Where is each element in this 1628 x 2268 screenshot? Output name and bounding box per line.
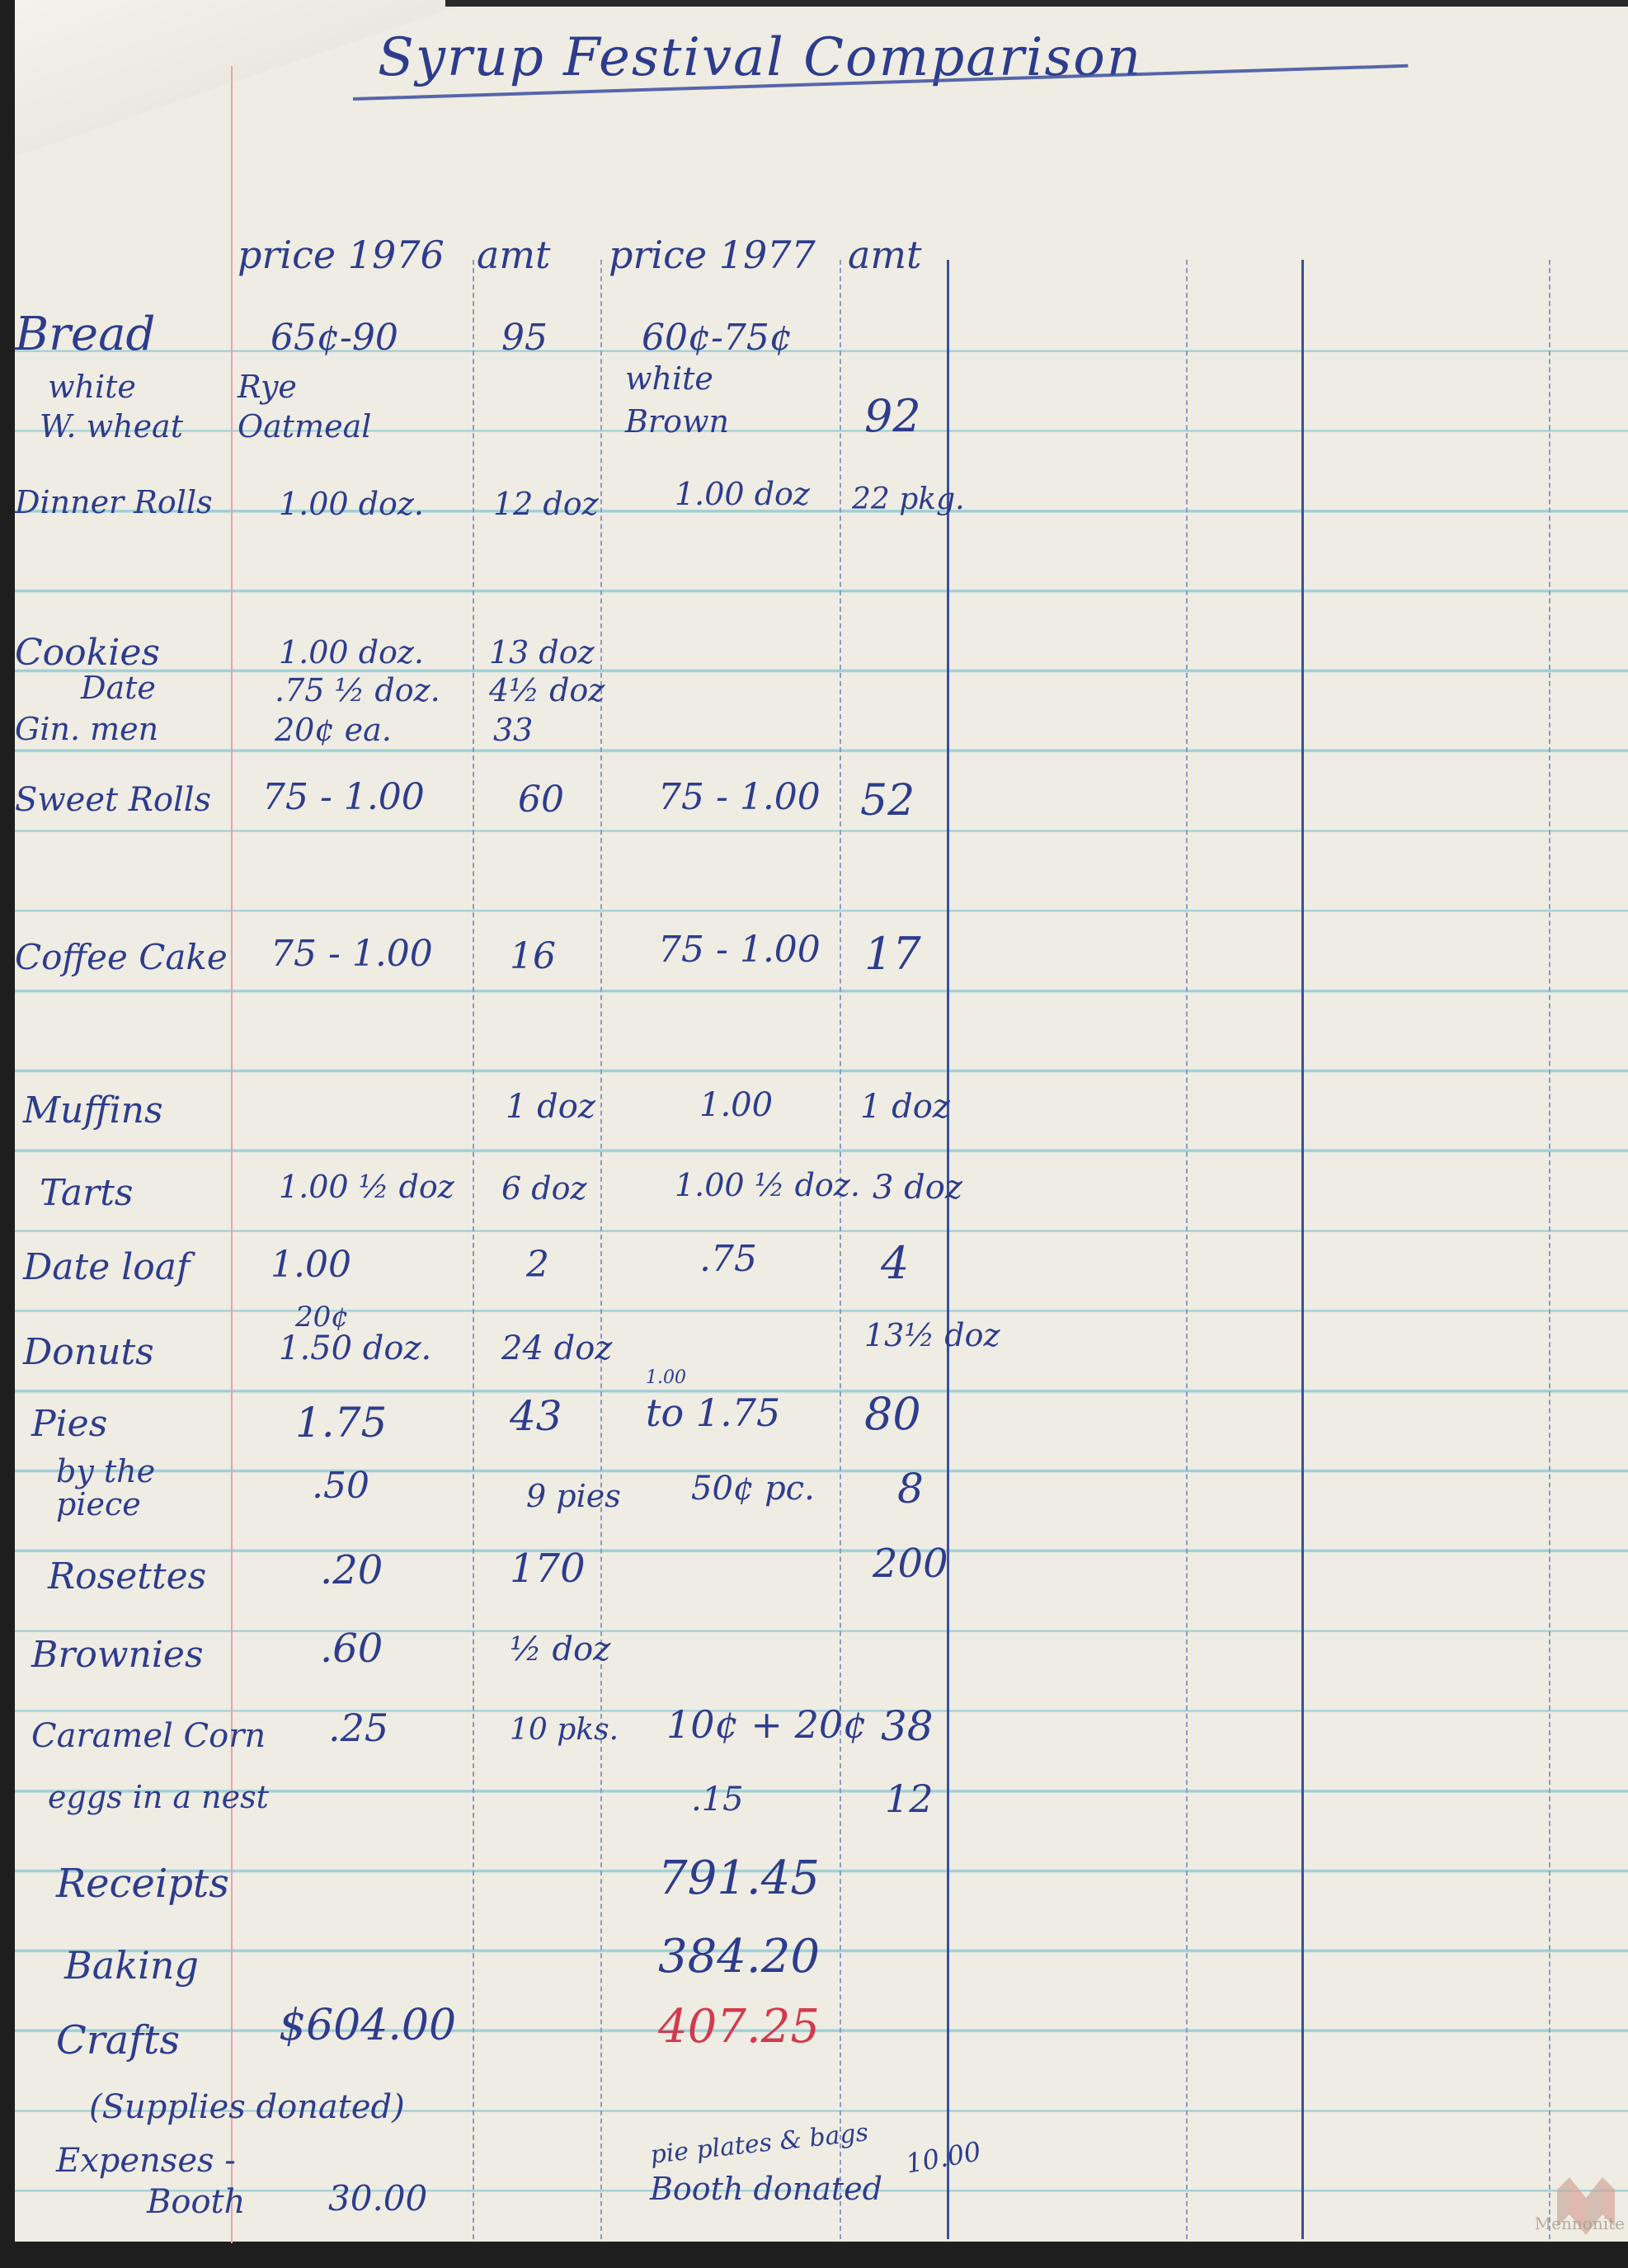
amt-1976: 170 xyxy=(510,1549,586,1588)
crafts-label: Crafts xyxy=(56,2021,180,2060)
price-1976: 1.00 doz. xyxy=(279,637,424,668)
pie-plates-note: pie plates & bags xyxy=(649,2120,869,2168)
column-divider xyxy=(1186,260,1188,2239)
amt-1976: 13 doz xyxy=(489,637,595,668)
price-1977-note: Brown xyxy=(625,406,729,437)
amt-1976: ½ doz xyxy=(510,1633,610,1666)
amt-1977: 22 pkg. xyxy=(852,485,965,515)
crafts-1977: 407.25 xyxy=(658,2004,820,2050)
amt-1977: 17 xyxy=(864,932,921,976)
expenses-label: Expenses - xyxy=(56,2144,236,2177)
amt-1977: 80 xyxy=(864,1392,921,1437)
row-label: Cookies xyxy=(15,635,160,671)
row-label: Donuts xyxy=(23,1334,154,1371)
ledger-paper: Syrup Festival Comparison price 1976 amt… xyxy=(15,0,1628,2242)
amt-1976: 43 xyxy=(510,1395,562,1437)
row-label: Rosettes xyxy=(48,1559,206,1595)
header-price-1976: price 1976 xyxy=(238,236,445,274)
row-label: eggs in a nest xyxy=(48,1781,269,1813)
row-label: Coffee Cake xyxy=(15,940,228,975)
amt-1976: 9 pies xyxy=(526,1480,621,1512)
column-divider xyxy=(473,260,474,2239)
amt-1976: 95 xyxy=(501,320,548,356)
price-1976: .25 xyxy=(328,1709,388,1747)
amt-1976: 24 doz xyxy=(501,1332,612,1365)
booth-label: Booth xyxy=(147,2186,245,2219)
row-sublabel: Gin. men xyxy=(15,713,158,745)
booth-expense-1976: 30.00 xyxy=(328,2181,427,2216)
watermark-text: Mennonite xyxy=(1535,2214,1625,2233)
crafts-1976: $604.00 xyxy=(279,2004,456,2047)
column-divider-bold xyxy=(947,260,949,2239)
price-1976-note: Oatmeal xyxy=(238,411,371,442)
amt-1977: 200 xyxy=(873,1544,948,1583)
price-1977: 50¢ pc. xyxy=(691,1472,815,1505)
header-price-1977: price 1977 xyxy=(609,236,816,274)
price-1976: 1.00 ½ doz xyxy=(279,1171,454,1202)
amt-1976: 1 doz xyxy=(506,1090,595,1123)
price-1977: 60¢-75¢ xyxy=(642,320,793,356)
price-1977: 75 - 1.00 xyxy=(658,932,821,968)
row-label: Bread xyxy=(15,312,155,358)
row-label: Pies xyxy=(31,1406,107,1442)
amt-1977: 1 doz xyxy=(860,1090,950,1123)
column-divider xyxy=(600,260,602,2239)
scan-edge xyxy=(445,0,1628,7)
price-1977-note: 1.00 xyxy=(646,1369,686,1387)
price-1976: 1.75 xyxy=(295,1402,387,1443)
row-sublabel: Date xyxy=(81,672,156,703)
column-divider xyxy=(1549,260,1550,2239)
price-1976: .50 xyxy=(312,1468,369,1504)
amt-1976: 4½ doz xyxy=(489,675,605,706)
row-label: Sweet Rolls xyxy=(15,783,211,816)
row-label: Tarts xyxy=(40,1175,133,1212)
price-1977: 1.00 doz xyxy=(675,478,810,510)
price-1977: 75 - 1.00 xyxy=(658,779,821,816)
header-amt-1977: amt xyxy=(848,236,922,274)
price-1976: 1.50 doz. xyxy=(279,1332,431,1365)
price-1976: .20 xyxy=(320,1550,383,1590)
price-1976: 20¢ ea. xyxy=(275,714,392,746)
amt-1977: 38 xyxy=(881,1706,934,1747)
baking-label: Baking xyxy=(64,1946,199,1984)
column-divider xyxy=(840,260,841,2239)
header-amt-1976: amt xyxy=(477,236,551,274)
row-sublabel: W. wheat xyxy=(40,411,183,442)
price-1977: to 1.75 xyxy=(646,1394,780,1432)
price-1977: 10¢ + 20¢ xyxy=(666,1706,867,1743)
row-label: Muffins xyxy=(23,1093,163,1129)
price-1976: 1.00 doz. xyxy=(279,488,424,520)
price-1976: 65¢-90 xyxy=(271,320,398,356)
baking-1977: 384.20 xyxy=(658,1934,820,1980)
row-label: Caramel Corn xyxy=(31,1720,266,1753)
row-label: by the piece xyxy=(56,1456,205,1522)
supplies-donated-note: (Supplies donated) xyxy=(89,2091,405,2124)
price-1977: .75 xyxy=(699,1241,757,1278)
price-1976-note: Rye xyxy=(238,371,297,402)
booth-donated-1977: Booth donated xyxy=(650,2173,882,2204)
receipts-1977: 791.45 xyxy=(658,1856,820,1902)
price-1976: .60 xyxy=(320,1629,383,1668)
price-1976-note: 20¢ xyxy=(295,1303,349,1331)
amt-1977: 52 xyxy=(860,779,915,822)
price-1976: .75 ½ doz. xyxy=(275,675,440,706)
amt-1977: 8 xyxy=(897,1468,924,1509)
row-label: Brownies xyxy=(31,1637,204,1673)
price-1977-note: white xyxy=(625,363,713,394)
price-1977: .15 xyxy=(691,1783,744,1816)
amt-1976: 6 doz xyxy=(501,1173,586,1204)
amt-1976: 12 doz xyxy=(493,488,599,520)
amt-1977: 12 xyxy=(885,1780,934,1818)
amt-1977: 3 doz xyxy=(873,1171,962,1204)
amt-1976: 10 pks. xyxy=(510,1715,619,1745)
price-1976: 1.00 xyxy=(271,1247,351,1283)
price-1976: 75 - 1.00 xyxy=(271,936,433,972)
amt-1977: 13½ doz xyxy=(864,1320,1000,1351)
price-1977: 1.00 xyxy=(699,1089,773,1122)
amt-1976: 2 xyxy=(526,1247,549,1283)
amt-1976: 60 xyxy=(518,782,564,818)
amt-1976: 16 xyxy=(510,939,556,975)
column-divider-bold xyxy=(1301,260,1304,2239)
price-1976: 75 - 1.00 xyxy=(262,779,425,816)
receipts-label: Receipts xyxy=(56,1864,229,1903)
red-margin-line xyxy=(231,66,233,2243)
pie-plates-cost-1977: 10.00 xyxy=(904,2138,983,2176)
row-sublabel: white xyxy=(48,371,136,402)
row-label: Dinner Rolls xyxy=(15,487,213,518)
amt-1976: 33 xyxy=(493,714,533,746)
amt-1977: 92 xyxy=(864,394,921,439)
amt-1977: 4 xyxy=(881,1241,909,1286)
row-label: Date loaf xyxy=(23,1249,190,1286)
price-1977: 1.00 ½ doz. xyxy=(675,1169,860,1201)
